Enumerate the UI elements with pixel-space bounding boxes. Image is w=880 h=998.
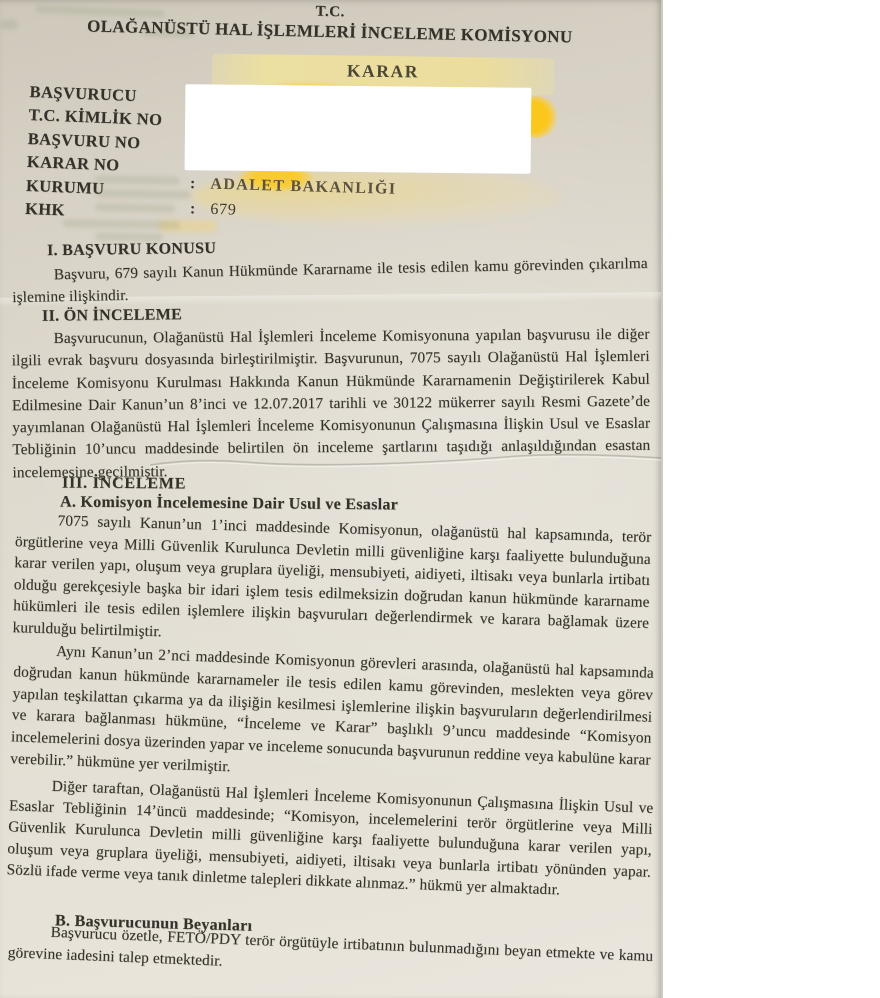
bleed-through-mark	[95, 189, 191, 199]
paragraph: 7075 sayılı Kanun’un 1’inci maddesinde K…	[12, 509, 651, 656]
section-heading-2: II. ÖN İNCELEME	[42, 306, 182, 325]
document-header: T.C. OLAĞANÜSTÜ HAL İŞLEMLERİ İNCELEME K…	[10, 0, 651, 49]
khk-value: 679	[210, 201, 237, 219]
document-photo: T.C. OLAĞANÜSTÜ HAL İŞLEMLERİ İNCELEME K…	[0, 0, 663, 998]
paragraph: Başvurucunun, Olağanüstü Hal İşlemleri İ…	[11, 324, 650, 485]
section-heading-3: III. İNCELEME	[62, 475, 186, 494]
section-heading-1: I. BAŞVURU KONUSU	[47, 240, 216, 260]
redaction-box	[185, 84, 532, 174]
bleed-through-mark	[62, 219, 180, 229]
field-value-khk: :679	[190, 200, 237, 219]
colon: :	[190, 175, 196, 192]
screenshot: T.C. OLAĞANÜSTÜ HAL İŞLEMLERİ İNCELEME K…	[0, 0, 880, 998]
colon: :	[190, 200, 196, 217]
bleed-through-mark	[95, 203, 175, 212]
paragraph: Başvurucu özetle, FETÖ/PDY terör örgütüy…	[7, 920, 653, 990]
bleed-through-mark	[95, 175, 180, 184]
paragraph: Diğer taraftan, Olağanüstü Hal İşlemleri…	[6, 774, 653, 904]
paragraph: Aynı Kanun’un 2’nci maddesinde Komisyonu…	[10, 639, 654, 793]
